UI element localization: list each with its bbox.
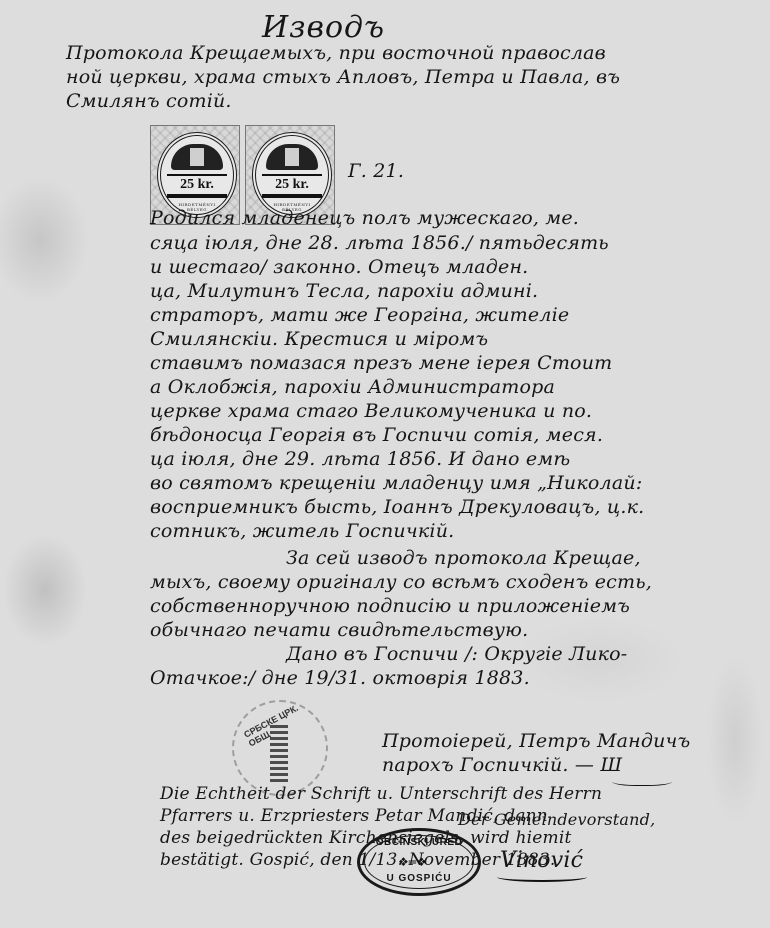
body-line-14: сотникъ, житель Госпичкій. [150,520,454,542]
record-number: Г. 21. [348,160,404,182]
body-line-3: и шестаго/ законно. Отецъ младен. [150,256,528,278]
certification-line-2: мыхъ, своему оригіналу со всѣмъ сходенъ … [150,571,652,593]
priest-signature-line-1: Протоіерей, Петръ Мандичъ [382,730,690,752]
header-line-3: Смилянъ сотій. [66,90,232,112]
crown-crest-icon [171,144,223,170]
tax-stamp-oval: 25 kr. HIRDETMÉNYI BÉLYEG [252,132,332,218]
certification-line-4: обычнаго печати свидѣтельствую. [150,619,528,641]
ornament-emblem-icon: ❖═❖ [398,855,427,869]
mayor-signature: Vinović [500,848,583,873]
body-line-4: ца, Милутинъ Тесла, парохіи админі. [150,280,538,302]
scanned-document-page: Изводъ Протокола Крещаемыхъ, при восточн… [0,0,770,928]
body-line-9: церкве храма стаго Великомученика и по. [150,400,592,422]
municipal-office-seal: OBĆINSKI UŘED ❖═❖ U GOSPIĆU [357,828,481,896]
place-date-line-2: Отачкое:/ дне 19/31. октоврія 1883. [150,667,530,689]
tax-stamp-value: 25 kr. [262,174,322,198]
signature-flourish [612,775,672,786]
body-line-1: Родился младенецъ полъ мужескаго, ме. [150,207,579,229]
place-date-line-1: Дано въ Госпичи /: Округіе Лико- [286,643,627,665]
church-round-seal: СРБСКЕ ЦРК. ОБЩ [232,700,328,796]
body-line-6: Смилянскіи. Крестися и міромъ [150,328,488,350]
body-line-10: бѣдоносца Георгія въ Госпичи сотія, меся… [150,424,603,446]
header-line-1: Протокола Крещаемыхъ, при восточной прав… [66,42,606,64]
certification-line-3: собственноручною подписію и приложеніемъ [150,595,630,617]
certification-line-1: За сей изводъ протокола Крещае, [286,547,641,569]
crown-crest-icon [266,144,318,170]
german-line-1: Die Echtheit der Schrift u. Unterschrift… [160,784,602,804]
tax-stamp-value: 25 kr. [167,174,227,198]
saint-figure-icon [270,722,288,782]
body-line-11: ца іюля, дне 29. лѣта 1856. И дано емѣ [150,448,570,470]
document-title: Изводъ [262,10,385,45]
tax-stamp-oval: 25 kr. HIRDETMÉNYI BÉLYEG [157,132,237,218]
body-line-2: сяца іюля, дне 28. лѣта 1856./ пятьдесят… [150,232,609,254]
body-line-8: а Оклобжія, парохіи Администратора [150,376,555,398]
priest-signature-line-2: парохъ Госпичкій. — Ш [382,754,622,776]
body-line-13: восприемникъ бысть, Іоаннъ Дрекуловацъ, … [150,496,644,518]
body-line-7: ставимъ помазася презъ мене іерея Стоит [150,352,612,374]
municipal-seal-bottom-text: U GOSPIĆU [372,873,466,884]
municipal-seal-top-text: OBĆINSKI UŘED [372,837,466,848]
mayor-title: Der Gemeindevorstand, [458,810,655,829]
mayor-signature-flourish [497,872,587,882]
body-line-12: во святомъ крещеніи младенцу имя „Никола… [150,472,642,494]
header-line-2: ной церкви, храма стыхъ Апловъ, Петра и … [66,66,620,88]
body-line-5: страторъ, мати же Георгіна, жителіе [150,304,569,326]
